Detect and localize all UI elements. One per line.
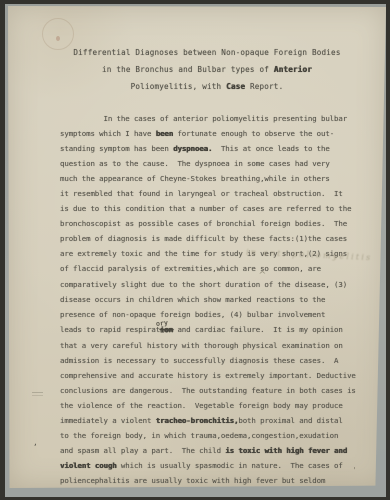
document-title: Differential Diagnoses between Non-opaqu… [58, 44, 356, 95]
text-line: bronchoscopist as possible cases of bron… [60, 216, 360, 231]
margin-comma-mark: , [33, 438, 38, 447]
text-line: Poliomyelitis, with Case Report. [58, 78, 356, 95]
text-line: that a very careful history with thoroug… [60, 338, 360, 353]
ink-speck: ' [352, 466, 357, 475]
text-line: conclusions are dangerous. The outstandi… [60, 383, 360, 398]
typewritten-page: Differential Diagnoses between Non-opaqu… [8, 6, 386, 488]
text-line: it resembled that found in laryngeal or … [60, 186, 360, 201]
text-line: in the Bronchus and Bulbar types of Ante… [58, 61, 356, 78]
text-line: the violence of the reaction. Vegetable … [60, 398, 360, 413]
document-body: In the cases of anterior poliomyelitis p… [60, 111, 360, 488]
text-line: is due to this condition that a number o… [60, 201, 360, 216]
text-line: question as to the cause. The dyspnoea i… [60, 156, 360, 171]
text-line: comprehensive and accurate history is ex… [60, 368, 360, 383]
text-line: much the appearance of Cheyne-Stokes bre… [60, 171, 360, 186]
watermark-dot [56, 36, 60, 41]
text-line: poliencephalitis are usually toxic with … [60, 473, 360, 488]
text-line: immediately a violent tracheo-bronchitis… [60, 413, 360, 428]
text-line: problem of diagnosis is made difficult b… [60, 231, 360, 246]
text-line: of flaccid paralysis of extremities,whic… [60, 261, 360, 276]
text-line: and spasm all play a part. The child is … [60, 443, 360, 458]
text-line: In the cases of anterior poliomyelitis p… [60, 111, 360, 126]
text-line: admission is necessary to successfully d… [60, 353, 360, 368]
text-line: symptoms which I have been fortunate eno… [60, 126, 360, 141]
text-line: Differential Diagnoses between Non-opaqu… [58, 44, 356, 61]
photo-of-document: { "document": { "title_lines": [ [{"t":"… [0, 0, 390, 500]
margin-pencil-dash [32, 392, 43, 393]
text-line: standing symptom has been dyspnoea. This… [60, 141, 360, 156]
text-line: presence of non-opaque foreign bodies, (… [60, 307, 360, 322]
insertion-caret-mark: ^ [259, 270, 266, 279]
text-line: comparatively slight due to the short du… [60, 277, 360, 292]
text-line: violent cough which is usually spasmodic… [60, 458, 360, 473]
text-line: leads to rapid respirationory and cardia… [60, 322, 360, 338]
text-line: disease occurs in children which show ma… [60, 292, 360, 307]
text-line: to the foreign body, in which trauma,oed… [60, 428, 360, 443]
